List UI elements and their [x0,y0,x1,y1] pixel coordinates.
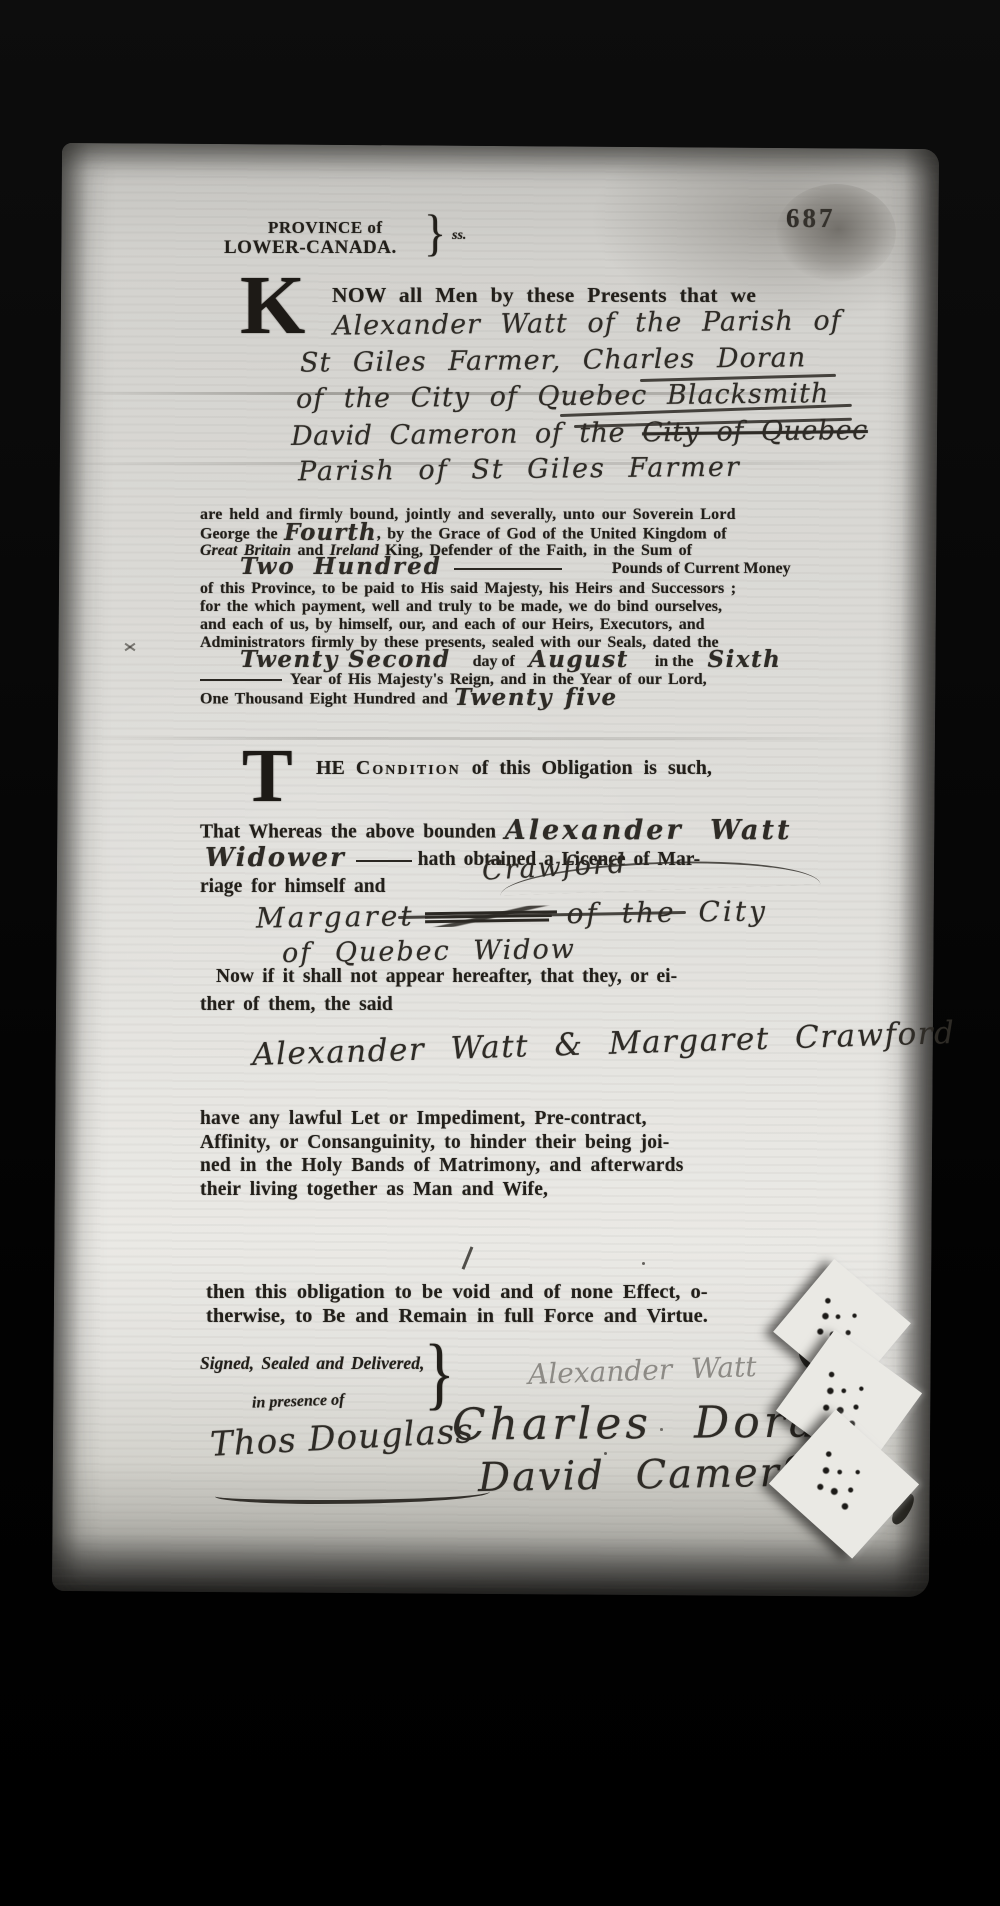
bond-clause-date-line: Twenty Secondday ofAugustin theSixth [240,651,781,673]
party-line4-text: David Cameron of the [291,417,642,452]
condition-line: ther of them, the said [200,994,393,1016]
opening-line: NOW all Men by these Presents that we [332,283,756,308]
handwritten-alexander-watt: Alexander Watt [505,815,793,846]
handwritten-party-line: Parish of St Giles Farmer [298,452,741,488]
handwritten-margaret: Margaret [256,899,415,934]
bond-l11-print: One Thousand Eight Hundred and [200,691,454,708]
signed-sealed-delivered: Signed, Sealed and Delivered, [200,1353,424,1374]
void-clause-line: then this obligation to be void and of n… [206,1281,708,1304]
condition-heading: HE Condition of this Obligation is such, [316,757,712,780]
ink-speck [604,1452,607,1455]
handwritten-party-line: St Giles Farmer, Charles Doran [300,342,806,378]
bond-clause-line: of this Province, to be paid to His said… [200,580,736,598]
blank-rule [356,860,412,862]
document-content: PROVINCE of LOWER-CANADA. } ss. 687 K NO… [0,0,1000,1906]
condition-line: Now if it shall not appear hereafter, th… [216,966,677,988]
dropcap-k: K [240,270,305,341]
blank-rule [200,679,282,681]
page-number: 687 [786,203,836,234]
attestation-brace: } [424,1327,455,1420]
impediment-line: have any lawful Let or Impediment, Pre-c… [200,1108,647,1130]
bond-clause-line: and each of us, by himself, our, and eac… [200,616,705,634]
handwritten-twenty-five: Twenty five [454,684,617,711]
condition-head-he: HE [316,757,356,779]
bond-clause-line: are held and firmly bound, jointly and s… [200,506,736,524]
bond-l9-print-day-of: day of [473,653,515,670]
stray-mark [462,1246,473,1269]
bond-l2-print: George the [200,526,284,543]
bond-clause-line: for the which payment, well and truly to… [200,598,722,616]
header-ss-abbr: ss. [452,228,466,244]
header-province-line2: LOWER-CANADA. [224,237,397,259]
condition-c1-print: That Whereas the above bounden [200,821,505,842]
header-brace: } [424,203,446,261]
ink-speck [642,1262,645,1265]
handwritten-two-hundred: Two Hundred [240,553,442,580]
handwritten-party-line: Alexander Watt of the Parish of [333,305,842,341]
bond-l9-print-in-the: in the [655,653,694,670]
condition-head-rest: of this Obligation is such, [461,757,712,779]
ink-speck [660,1428,663,1431]
scanned-document-page: PROVINCE of LOWER-CANADA. } ss. 687 K NO… [0,0,1000,1906]
handwritten-august: August [529,646,629,673]
witness-flourish [215,1484,490,1504]
impediment-line: ned in the Holy Bands of Matrimony, and … [200,1155,683,1177]
handwritten-widower: Widower [205,843,346,873]
handwritten-sixth: Sixth [708,646,782,673]
in-presence-of: in presence of [252,1391,345,1412]
header-province-line1: PROVINCE of [268,218,383,238]
void-clause-line: therwise, to Be and Remain in full Force… [206,1305,708,1328]
bond-clause-line: One Thousand Eight Hundred and Twenty fi… [200,689,618,711]
impediment-line: their living together as Man and Wife, [200,1179,548,1201]
condition-head-smallcaps: Condition [356,757,461,779]
blank-rule [454,568,562,570]
dropcap-t: T [242,744,293,809]
witness-signature: Thos Douglass [209,1411,474,1465]
condition-line: riage for himself and [200,876,386,898]
bond-l2-print-b: , by the Grace of God of the United King… [377,526,727,543]
impediment-line: Affinity, or Consanguinity, to hinder th… [200,1132,670,1154]
handwritten-twenty-second: Twenty Second [240,646,451,673]
bond-l4-print: Pounds of Current Money [612,560,791,577]
handwritten-quebec-widow: of Quebec Widow [282,934,576,969]
faint-signature-alexander-watt: Alexander Watt [527,1350,757,1391]
bond-clause-line: Two HundredPounds of Current Money [240,558,791,580]
handwritten-couple-names: Alexander Watt & Margaret Crawford [252,1015,956,1073]
